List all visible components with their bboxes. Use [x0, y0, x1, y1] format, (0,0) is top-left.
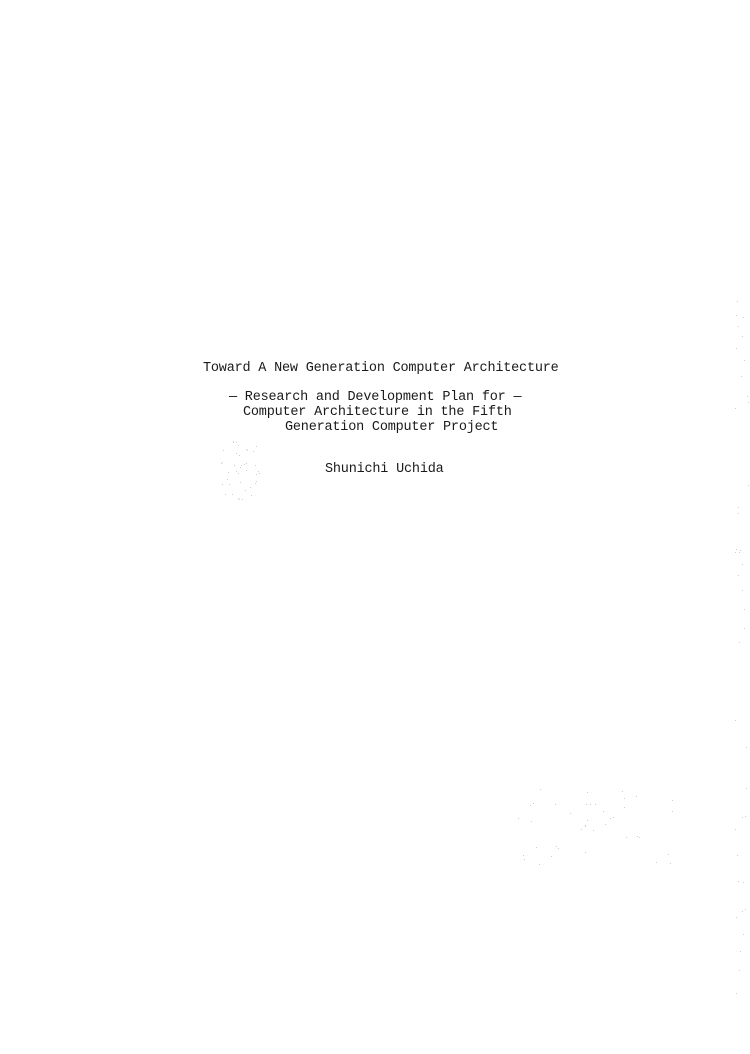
- author-name: Shunichi Uchida: [325, 462, 444, 477]
- subtitle-line-3: Generation Computer Project: [285, 420, 498, 435]
- document-page: Toward A New Generation Computer Archite…: [0, 0, 750, 1054]
- subtitle-line-1: — Research and Development Plan for —: [229, 390, 521, 405]
- document-title: Toward A New Generation Computer Archite…: [203, 361, 559, 376]
- subtitle-line-2: Computer Architecture in the Fifth: [243, 405, 512, 420]
